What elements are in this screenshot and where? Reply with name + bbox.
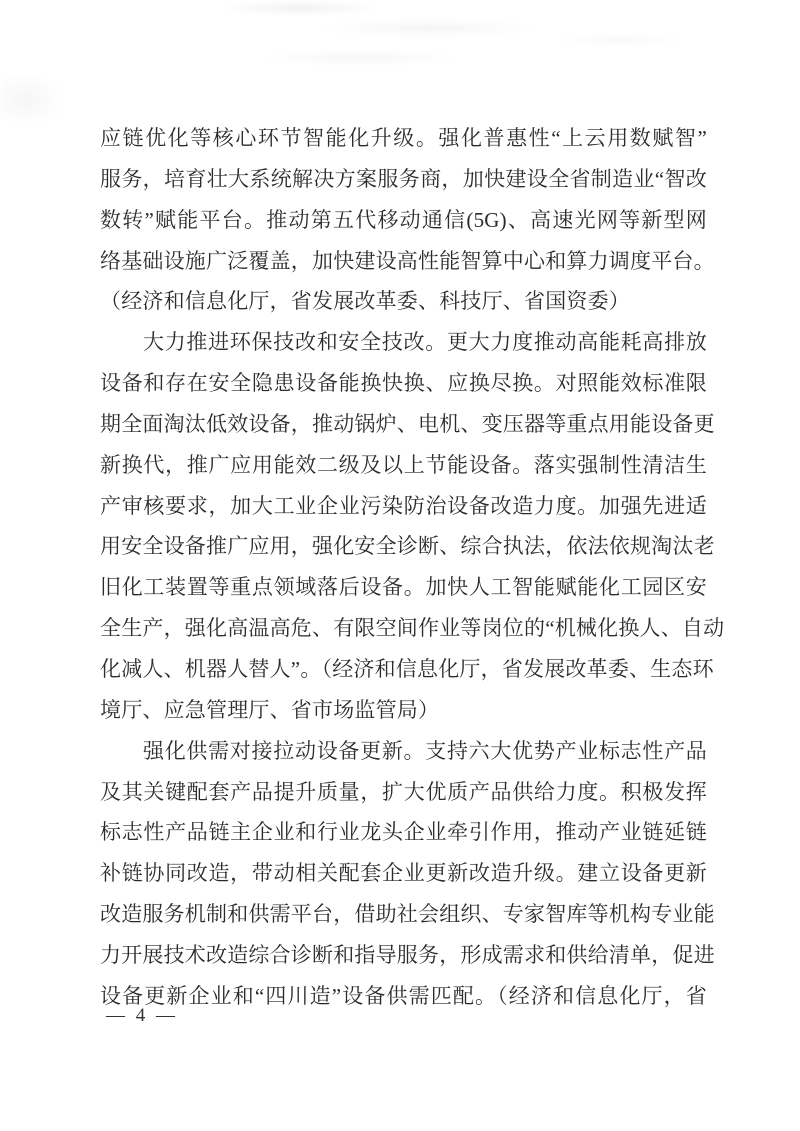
- body-text-line: 强化供需对接拉动设备更新。支持六大优势产业标志性产品: [100, 731, 707, 772]
- body-text-line: 改造服务机制和供需平台，借助社会组织、专家智库等机构专业能: [100, 894, 707, 935]
- body-text-line: 用安全设备推广应用，强化安全诊断、综合执法，依法依规淘汰老: [100, 526, 707, 567]
- body-text-line: 力开展技术改造综合诊断和指导服务，形成需求和供给清单，促进: [100, 935, 707, 976]
- page-number: — 4 —: [106, 1003, 178, 1029]
- body-text-line: 及其关键配套产品提升质量，扩大优质产品供给力度。积极发挥: [100, 772, 707, 813]
- body-text-line: （经济和信息化厅，省发展改革委、科技厅、省国资委）: [100, 281, 707, 322]
- body-text-line: 大力推进环保技改和安全技改。更大力度推动高能耗高排放: [100, 322, 707, 363]
- body-text-line: 全生产，强化高温高危、有限空间作业等岗位的“机械化换人、自动: [100, 608, 707, 649]
- document-page: 应链优化等核心环节智能化升级。强化普惠性“上云用数赋智” 服务，培育壮大系统解决…: [0, 0, 800, 1131]
- body-text-line: 服务，培育壮大系统解决方案服务商，加快建设全省制造业“智改: [100, 159, 707, 200]
- body-text-line: 设备和存在安全隐患设备能换快换、应换尽换。对照能效标准限: [100, 363, 707, 404]
- text-block: 应链优化等核心环节智能化升级。强化普惠性“上云用数赋智” 服务，培育壮大系统解决…: [100, 118, 707, 1017]
- scan-artifact: [0, 0, 800, 120]
- body-text-line: 新换代，推广应用能效二级及以上节能设备。落实强制性清洁生: [100, 445, 707, 486]
- body-text-line: 数转”赋能平台。推动第五代移动通信(5G)、高速光网等新型网: [100, 200, 707, 241]
- body-text-line: 产审核要求，加大工业企业污染防治设备改造力度。加强先进适: [100, 486, 707, 527]
- body-text-line: 化减人、机器人替人”。（经济和信息化厅，省发展改革委、生态环: [100, 649, 707, 690]
- body-text-line: 络基础设施广泛覆盖，加快建设高性能智算中心和算力调度平台。: [100, 241, 707, 282]
- body-text-line: 境厅、应急管理厅、省市场监管局）: [100, 690, 707, 731]
- body-text-line: 补链协同改造，带动相关配套企业更新改造升级。建立设备更新: [100, 853, 707, 894]
- body-text-line: 标志性产品链主企业和行业龙头企业牵引作用，推动产业链延链: [100, 812, 707, 853]
- body-text-line: 设备更新企业和“四川造”设备供需匹配。（经济和信息化厅，省: [100, 976, 707, 1017]
- body-text-line: 应链优化等核心环节智能化升级。强化普惠性“上云用数赋智”: [100, 118, 707, 159]
- body-text-line: 旧化工装置等重点领域落后设备。加快人工智能赋能化工园区安: [100, 567, 707, 608]
- body-text-line: 期全面淘汰低效设备，推动锅炉、电机、变压器等重点用能设备更: [100, 404, 707, 445]
